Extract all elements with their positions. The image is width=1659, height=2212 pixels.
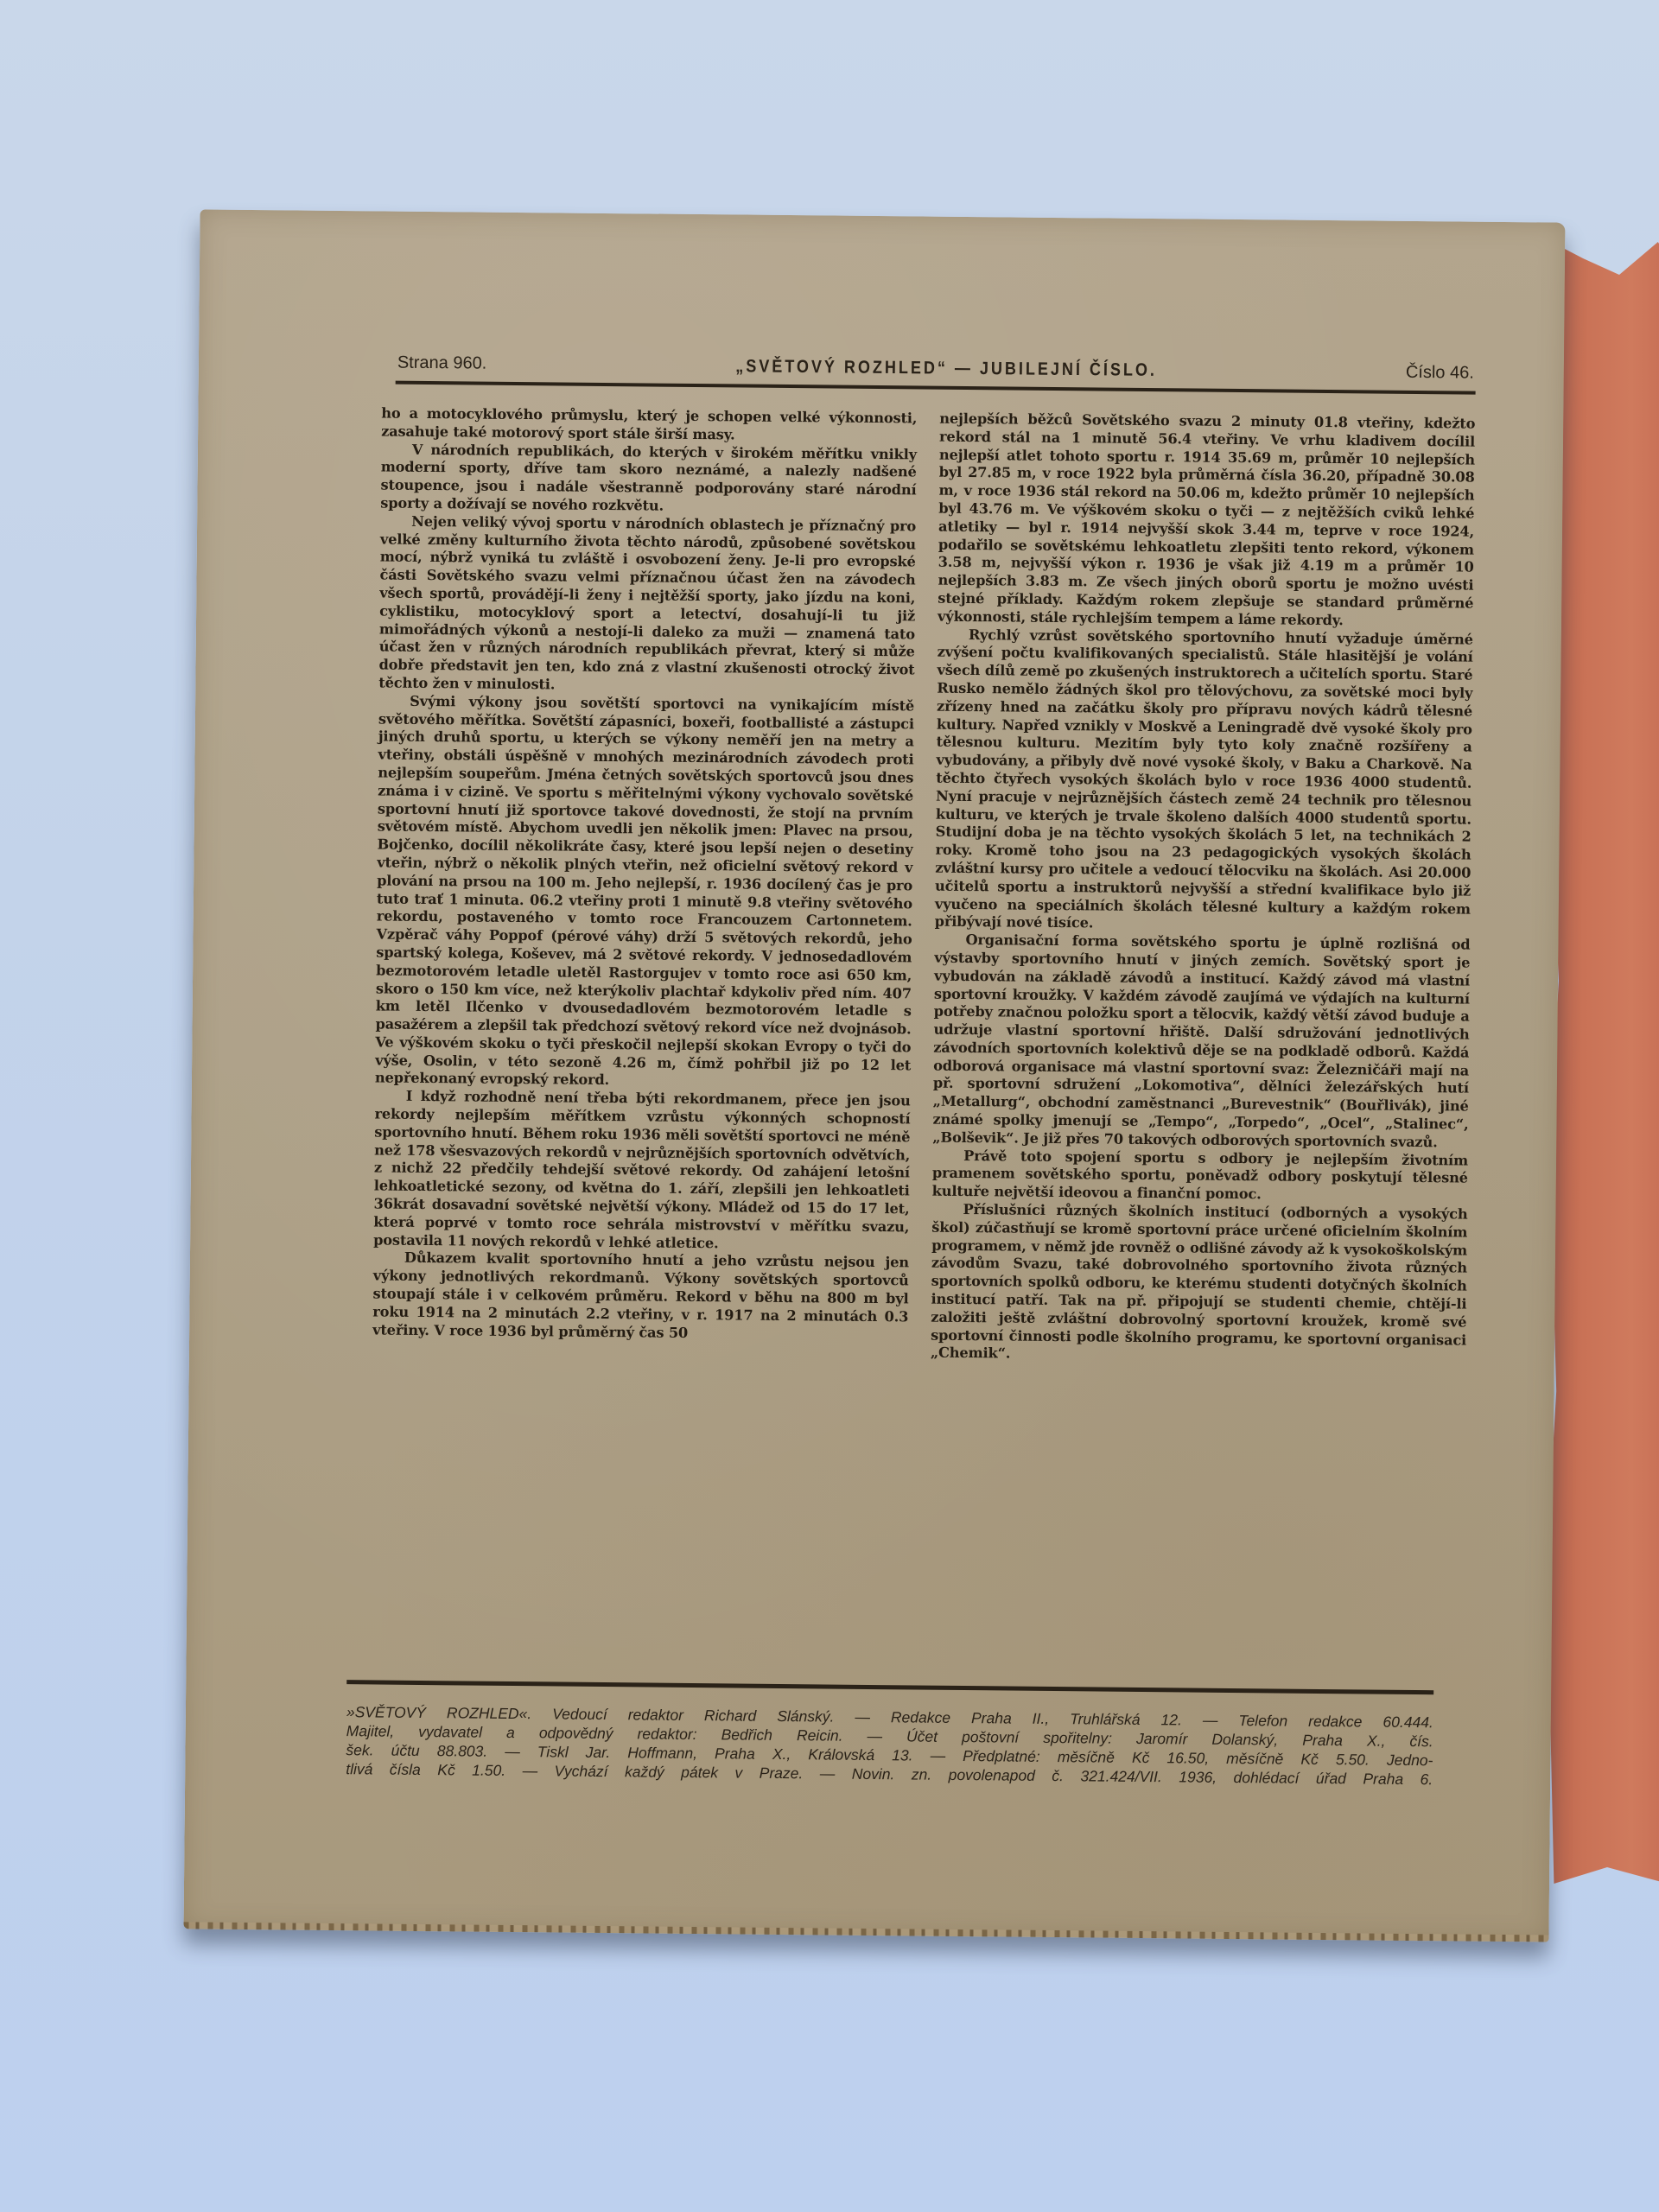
orange-backing-sheet [1547,242,1659,1884]
footer-rule [346,1680,1433,1694]
imprint: »SVĚTOVÝ ROZHLED«. Vedoucí redaktor Rich… [346,1702,1433,1789]
article-body: ho a motocyklového průmyslu, který je sc… [372,404,1476,1367]
right-column: nejlepších běžců Sovětského svazu 2 minu… [931,410,1476,1368]
magazine-page: Strana 960. „SVĚTOVÝ ROZHLED“ — JUBILEJN… [183,209,1565,1942]
running-header: Strana 960. „SVĚTOVÝ ROZHLED“ — JUBILEJN… [397,353,1474,384]
paragraph: nejlepších běžců Sovětského svazu 2 minu… [938,410,1475,632]
paragraph: I když rozhodně není třeba býti rekordma… [373,1088,911,1255]
paragraph: Rychlý vzrůst sovětského sportovního hnu… [935,626,1473,936]
page-number: Strana 960. [397,353,487,374]
publication-title: „SVĚTOVÝ ROZHLED“ — JUBILEJNÍ ČÍSLO. [735,356,1157,381]
paragraph: Příslušníci různých školních institucí (… [931,1201,1468,1368]
paragraph: V národních republikách, do kterých v ši… [380,441,917,518]
left-column: ho a motocyklového průmyslu, který je sc… [372,404,918,1362]
paragraph: Organisační forma sovětského sportu je ú… [932,931,1470,1153]
paragraph: ho a motocyklového průmyslu, který je sc… [381,404,917,446]
issue-number: Číslo 46. [1406,363,1474,384]
header-rule [396,381,1476,395]
paragraph: Nejen veliký vývoj sportu v národních ob… [378,512,916,697]
paragraph: Důkazem kvalit sportovního hnutí a jeho … [372,1249,909,1344]
paragraph: Svými výkony jsou sovětští sportovci na … [375,692,914,1092]
paragraph: Právě toto spojení sportu s odbory je ne… [932,1147,1469,1205]
